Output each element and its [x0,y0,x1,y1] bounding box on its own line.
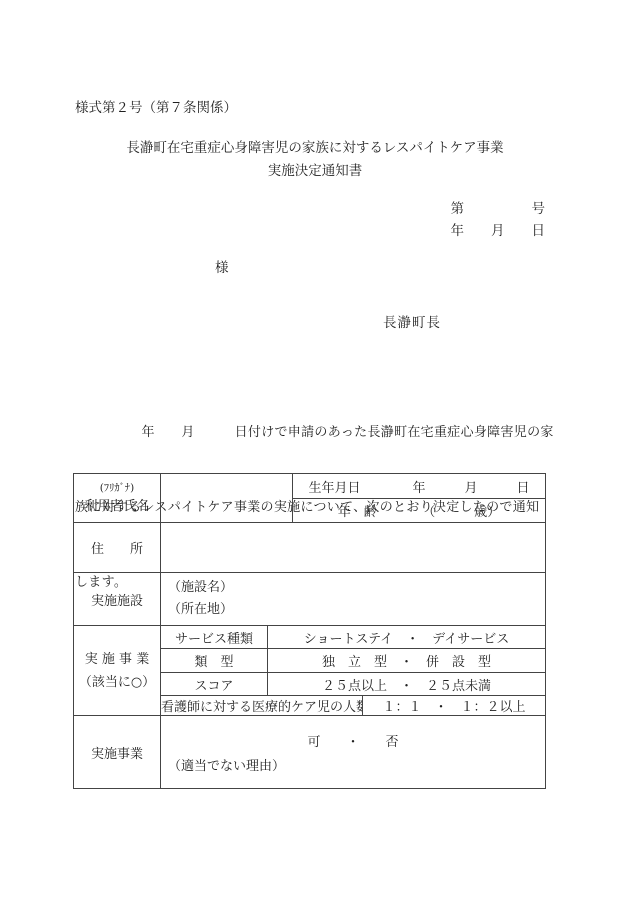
furigana-label: (ﾌﾘｶﾞﾅ) [74,480,160,497]
document-title-line2: 実施決定通知書 [0,159,630,179]
service-type-options: ショートステイ ・ デイサービス [268,626,546,649]
project-section-label-line2: （該当に○） [74,671,160,694]
score-options: ２５点以上 ・ ２５点未満 [268,673,546,696]
application-form-table: (ﾌﾘｶﾞﾅ)利用者氏名 生年月日 年 月 日 年 齢 （ 歳） 住 所 実施施… [73,473,546,789]
notice-date-line: 年 月 日 [451,219,546,239]
facility-field: （施設名）（所在地） [161,573,546,626]
facility-name-line: （施設名） [161,577,545,599]
notice-number-line: 第 号 [451,197,546,217]
user-name-label: 利用者氏名 [74,497,160,517]
user-name-label-cell: (ﾌﾘｶﾞﾅ)利用者氏名 [74,474,161,523]
nurse-ratio-options: １：１ ・ １：２以上 [363,696,546,716]
category-label: 類 型 [161,649,268,673]
nurse-ratio-label: 看護師に対する医療的ケア児の人数 [161,696,363,716]
facility-location-line: （所在地） [161,599,545,621]
decision-cell: 可 ・ 否（適当でない理由） [161,716,546,789]
facility-label: 実施施設 [74,573,161,626]
decision-reason-label: （適当でない理由） [161,755,545,779]
address-field [161,523,546,573]
addressee-suffix: 様 [215,256,229,276]
body-line-1: 年 月 日付けで申請のあった長瀞町在宅重症心身障害児の家 [75,420,555,445]
document-page: 様式第２号（第７条関係） 長瀞町在宅重症心身障害児の家族に対するレスパイトケア事… [0,0,630,903]
document-title-line1: 長瀞町在宅重症心身障害児の家族に対するレスパイトケア事業 [0,136,630,156]
birth-date-row: 生年月日 年 月 日 [293,474,546,499]
user-name-field [161,474,293,523]
project-section-label-line1: 実 施 事 業 [74,648,160,671]
sender-name: 長瀞町長 [383,311,441,331]
category-options: 独 立 型 ・ 併 設 型 [268,649,546,673]
form-number-label: 様式第２号（第７条関係） [75,96,237,116]
service-type-label: サービス種類 [161,626,268,649]
decision-options: 可 ・ 否 [161,725,545,755]
age-row: 年 齢 （ 歳） [293,499,546,523]
project-section-label-cell: 実 施 事 業（該当に○） [74,626,161,716]
score-label: スコア [161,673,268,696]
decision-label: 実施事業 [74,716,161,789]
address-label: 住 所 [74,523,161,573]
